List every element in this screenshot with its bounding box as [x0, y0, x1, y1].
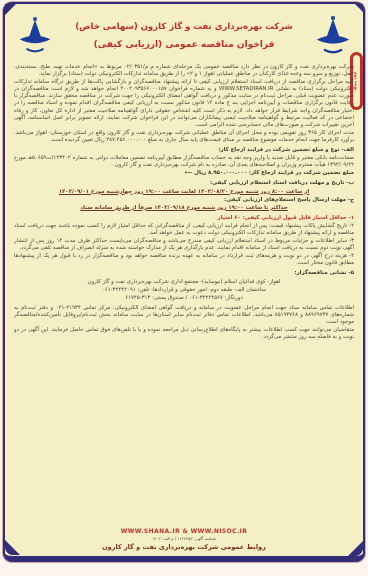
page-title: فراخوان مناقصه عمومی (ارزیابی کیفی) [59, 40, 309, 51]
body-line: مبلغ تضمین شرکت در فرایند ارجاع کار: ۸.۹… [14, 170, 354, 177]
body-line: ۱- حداقل امتیاز قابل قبول ارزیابی کیفی: … [14, 215, 354, 222]
ad-id: شناسه آگهی: ۱۶۲۴۷۵۳ / م الف: ۱۴۰۲ [14, 536, 354, 541]
body-line: ضمانت‌نامه بانکی معتبر و قابل تمدید یا و… [14, 155, 354, 169]
document-footer: WWW.SHANA.IR & WWW.NISOC.IR شناسه آگهی: … [14, 528, 354, 551]
tender-announcement-page: شرکت بهره‌برداری نفت و گاز کارون (سهامی … [0, 0, 368, 576]
body-line: متقاضیان می‌توانند جهت کسب اطلاعات بیشتر… [14, 327, 354, 341]
body-line: اطلاعات تماس سامانه ستاد جهت انجام مراحل… [14, 305, 354, 326]
body-line: حداکثر تا ساعت ۱۹:۰۰ روز شنبه مورخ ۱۴۰۲/… [14, 205, 354, 212]
stamp-label: نوبت دوم [354, 72, 359, 91]
document-frame: شرکت بهره‌برداری نفت و گاز کارون (سهامی … [3, 2, 365, 562]
body-line: اهواز- کوی فدائیان اسلام (نیوساید)- مجتم… [14, 279, 354, 286]
website-urls: WWW.SHANA.IR & WWW.NISOC.IR [14, 528, 354, 535]
body-line: ساختمان الف- طبقه دوم- امور حقوقی و قرار… [14, 287, 354, 294]
body-line: الف- نوع و مبلغ تضمین شرکت در فرایند ارج… [14, 147, 354, 154]
nioc-logo-icon [315, 13, 351, 59]
body-line: مدت اجرای کار ۳۶۵ روز تقویمی بوده و محل … [14, 130, 354, 144]
body-line: از ساعت ۸:۰۰ روز شنبه مورخ ۱۴۰۲/۰۸/۲۰ لغ… [14, 189, 354, 196]
nioc-logo-icon [17, 13, 53, 59]
body-line: ۲- تاریخ گشایش پاکات پیشنهاد قیمت: پس از… [14, 223, 354, 237]
document-header: شرکت بهره‌برداری نفت و گاز کارون (سهامی … [17, 12, 351, 60]
corner-ornament-top-left [5, 4, 16, 15]
body-line: شرکت بهره‌برداری نفت و گاز کارون در نظر … [14, 64, 354, 78]
body-line: ۳- سایر اطلاعات و جزئیات مربوط در اسناد … [14, 238, 354, 252]
public-relations-signature: روابط عمومی شرکت بهره‌برداری نفت و گاز ک… [14, 543, 354, 551]
body-line: ج- مهلت ارسال پاسخ استعلام‌های ارزیابی ک… [14, 197, 354, 204]
body-line: ۵- نشانی مناقصه‌گزار: [14, 270, 354, 277]
body-line: ب- تاریخ و مهلت دریافت اسناد استعلام ارز… [14, 180, 354, 187]
body-content: شرکت بهره‌برداری نفت و گاز کارون در نظر … [14, 64, 354, 526]
header-titles: شرکت بهره‌برداری نفت و گاز کارون (سهامی … [53, 22, 315, 51]
body-line: دورنگار: ۳۴۴۴۴۵۶۷-۰۶۱ / صندوق پستی: ۳۱۳-… [14, 295, 354, 302]
body-line: ۴- هزینه درج آگهی در دو نوبت و هزینه‌های… [14, 253, 354, 267]
body-line: کلیه مراحل برگزاری مناقصه از دریافت اسنا… [14, 79, 354, 129]
company-name: شرکت بهره‌برداری نفت و گاز کارون (سهامی … [59, 22, 309, 33]
corner-ornament-top-right [355, 4, 363, 12]
